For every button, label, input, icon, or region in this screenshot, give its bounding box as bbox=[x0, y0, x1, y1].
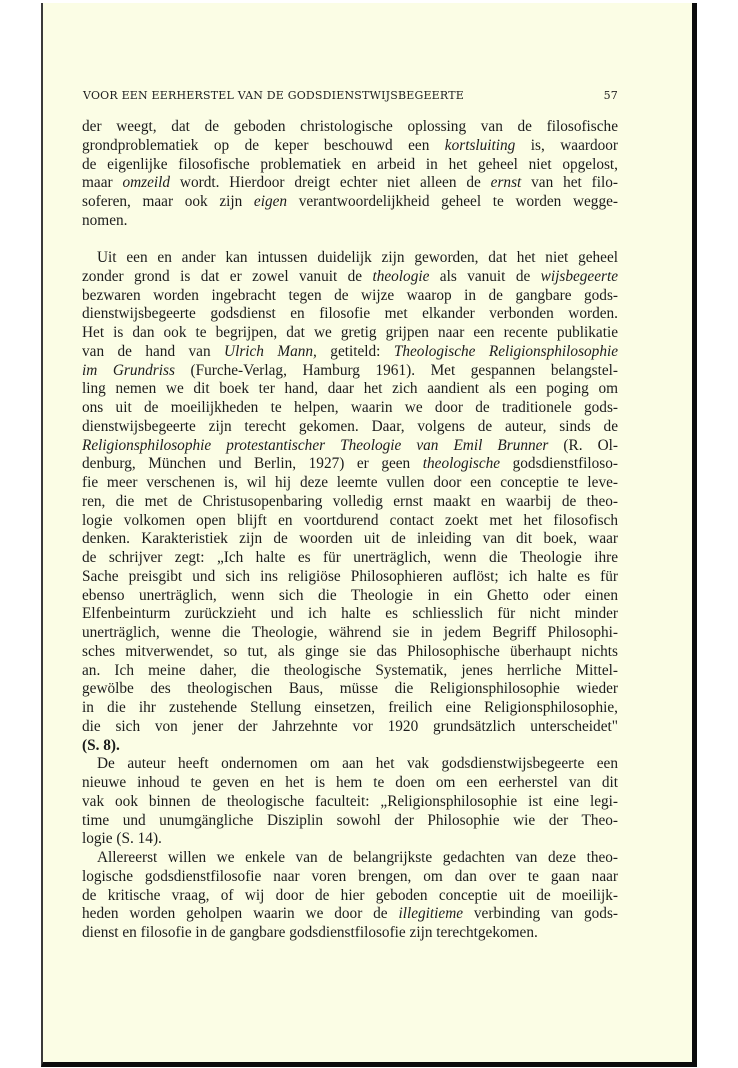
text-span: der weegt, dat de geboden christologisch… bbox=[82, 118, 618, 135]
text-span: bezwaren worden ingebracht tegen de wijz… bbox=[82, 287, 618, 304]
body-text: der weegt, dat de geboden christologisch… bbox=[82, 118, 618, 943]
text-span: getiteld: bbox=[317, 343, 394, 360]
page-number: 57 bbox=[604, 89, 618, 102]
text-line: logische godsdienstfilosofie naar voren … bbox=[82, 868, 618, 887]
bold-span: (S. 8). bbox=[82, 737, 120, 754]
text-line: denburg, München und Berlin, 1927) er ge… bbox=[82, 455, 618, 474]
text-span: nieuwe inhoud te geven en het is hem te … bbox=[82, 774, 618, 791]
text-span: ling nemen we dit boek ter hand, daar he… bbox=[82, 380, 618, 397]
text-line: de kritische vraag, of wij door de hier … bbox=[82, 887, 618, 906]
text-span: fie meer verschenen is, wil hij deze lee… bbox=[82, 474, 618, 491]
text-line: soferen, maar ook zijn eigen verantwoord… bbox=[82, 193, 618, 212]
text-line: an. Ich meine daher, die theologische Sy… bbox=[82, 662, 618, 681]
paragraph-gap bbox=[82, 231, 618, 250]
italic-span: omzeild bbox=[122, 174, 170, 191]
text-line: Sache preisgibt und sich ins religiöse P… bbox=[82, 568, 618, 587]
text-span: grondproblematiek op de keper beschouwd … bbox=[82, 137, 445, 154]
text-span: nomen. bbox=[82, 212, 127, 229]
text-line: zonder grond is dat er zowel vanuit de t… bbox=[82, 268, 618, 287]
text-span: dienst en filosofie in de gangbare godsd… bbox=[82, 924, 538, 941]
text-span: zonder grond is dat er zowel vanuit de bbox=[82, 268, 372, 285]
text-span: ren, die met de Christusopenbaring volle… bbox=[82, 493, 618, 510]
text-line: grondproblematiek op de keper beschouwd … bbox=[82, 137, 618, 156]
text-span: in die ihr zustehende Stellung einsetzen… bbox=[82, 699, 618, 716]
italic-span: theologische bbox=[423, 455, 500, 472]
running-header: VOOR EEN EERHERSTEL VAN DE GODSDIENSTWIJ… bbox=[83, 89, 618, 102]
italic-span: Theologische Religionsphilosophie bbox=[394, 343, 618, 360]
text-line: nieuwe inhoud te geven en het is hem te … bbox=[82, 774, 618, 793]
text-span: Allereerst willen we enkele van de belan… bbox=[97, 849, 618, 866]
text-span: Uit een en ander kan intussen duidelijk … bbox=[97, 249, 618, 266]
text-span: unerträglich, wenne die Theologie, währe… bbox=[82, 624, 618, 641]
text-line: time und unumgängliche Disziplin sowohl … bbox=[82, 812, 618, 831]
text-span: denburg, München und Berlin, 1927) er ge… bbox=[82, 455, 423, 472]
text-span: dienstwijsbegeerte zijn terecht gekomen.… bbox=[82, 418, 618, 435]
text-span: an. Ich meine daher, die theologische Sy… bbox=[82, 662, 618, 679]
text-span: (Furche-Verlag, Hamburg 1961). Met gespa… bbox=[175, 362, 618, 379]
text-line: (S. 8). bbox=[82, 737, 618, 756]
text-span: soferen, maar ook zijn bbox=[82, 193, 254, 210]
text-span: logie volkomen open blijft en voortduren… bbox=[82, 512, 618, 529]
text-span: is, waardoor bbox=[515, 137, 618, 154]
running-title: VOOR EEN EERHERSTEL VAN DE GODSDIENSTWIJ… bbox=[83, 89, 464, 102]
text-line: fie meer verschenen is, wil hij deze lee… bbox=[82, 474, 618, 493]
text-span: denken. Karakteristiek zijn de woorden u… bbox=[82, 530, 618, 547]
text-span: sches mitverwendet, so tut, als ginge si… bbox=[82, 643, 618, 660]
italic-span: kortsluiting bbox=[445, 137, 516, 154]
text-span: verbinding van gods- bbox=[463, 905, 618, 922]
text-span: logie (S. 14). bbox=[82, 830, 162, 847]
text-line: logie (S. 14). bbox=[82, 830, 618, 849]
book-page: VOOR EEN EERHERSTEL VAN DE GODSDIENSTWIJ… bbox=[41, 3, 697, 1067]
text-span: de kritische vraag, of wij door de hier … bbox=[82, 887, 618, 904]
text-line: dienstwijsbegeerte zijn terecht gekomen.… bbox=[82, 418, 618, 437]
text-line: im Grundriss (Furche-Verlag, Hamburg 196… bbox=[82, 362, 618, 381]
italic-span: Ulrich Mann, bbox=[224, 343, 317, 360]
paragraph: De auteur heeft ondernomen om aan het va… bbox=[82, 755, 618, 849]
text-line: heden worden geholpen waarin we door de … bbox=[82, 905, 618, 924]
text-line: Het is dan ook te begrijpen, dat we gret… bbox=[82, 324, 618, 343]
text-line: logie volkomen open blijft en voortduren… bbox=[82, 512, 618, 531]
text-span: maar bbox=[82, 174, 122, 191]
text-span: de schrijver zegt: „Ich halte es für une… bbox=[82, 549, 618, 566]
text-line: dienstwijsbegeerte godsdienst en filosof… bbox=[82, 305, 618, 324]
italic-span: ernst bbox=[491, 174, 522, 191]
text-span: time und unumgängliche Disziplin sowohl … bbox=[82, 812, 618, 829]
text-line: in die ihr zustehende Stellung einsetzen… bbox=[82, 699, 618, 718]
italic-span: im Grundriss bbox=[82, 362, 175, 379]
text-line: ren, die met de Christusopenbaring volle… bbox=[82, 493, 618, 512]
text-span: ons uit de moeilijkheden te helpen, waar… bbox=[82, 399, 618, 416]
text-line: vak ook binnen de theologische faculteit… bbox=[82, 793, 618, 812]
text-line: dienst en filosofie in de gangbare godsd… bbox=[82, 924, 618, 943]
text-span: gewölbe des theologischen Baus, müsse di… bbox=[82, 680, 618, 697]
text-line: nomen. bbox=[82, 212, 618, 231]
italic-span: illegitieme bbox=[398, 905, 463, 922]
text-line: bezwaren worden ingebracht tegen de wijz… bbox=[82, 287, 618, 306]
text-span: ebenso unerträglich, wenn sich die Theol… bbox=[82, 587, 618, 604]
text-span: Sache preisgibt und sich ins religiöse P… bbox=[82, 568, 618, 585]
text-span: vak ook binnen de theologische faculteit… bbox=[82, 793, 618, 810]
paragraph: Allereerst willen we enkele van de belan… bbox=[82, 849, 618, 943]
text-line: ling nemen we dit boek ter hand, daar he… bbox=[82, 380, 618, 399]
text-line: sches mitverwendet, so tut, als ginge si… bbox=[82, 643, 618, 662]
text-span: logische godsdienstfilosofie naar voren … bbox=[82, 868, 618, 885]
text-line: denken. Karakteristiek zijn de woorden u… bbox=[82, 530, 618, 549]
text-line: ebenso unerträglich, wenn sich die Theol… bbox=[82, 587, 618, 606]
text-line: de schrijver zegt: „Ich halte es für une… bbox=[82, 549, 618, 568]
text-span: dienstwijsbegeerte godsdienst en filosof… bbox=[82, 305, 618, 322]
text-line: de eigenlijke filosofische problematiek … bbox=[82, 156, 618, 175]
paragraph: der weegt, dat de geboden christologisch… bbox=[82, 118, 618, 231]
paragraph: Uit een en ander kan intussen duidelijk … bbox=[82, 249, 618, 755]
text-span: De auteur heeft ondernomen om aan het va… bbox=[97, 755, 618, 772]
text-span: Elfenbeinturm zurückzieht und ich halte … bbox=[82, 605, 618, 622]
text-line: gewölbe des theologischen Baus, müsse di… bbox=[82, 680, 618, 699]
italic-span: theologie bbox=[372, 268, 429, 285]
text-line: ons uit de moeilijkheden te helpen, waar… bbox=[82, 399, 618, 418]
text-span: wordt. Hierdoor dreigt echter niet allee… bbox=[170, 174, 491, 191]
text-line: van de hand van Ulrich Mann, getiteld: T… bbox=[82, 343, 618, 362]
text-line: der weegt, dat de geboden christologisch… bbox=[82, 118, 618, 137]
text-line: die sich von jener der Jahrzehnte vor 19… bbox=[82, 718, 618, 737]
text-span: die sich von jener der Jahrzehnte vor 19… bbox=[82, 718, 618, 735]
text-line: Uit een en ander kan intussen duidelijk … bbox=[82, 249, 618, 268]
italic-span: eigen bbox=[254, 193, 287, 210]
text-span: Het is dan ook te begrijpen, dat we gret… bbox=[82, 324, 618, 341]
text-span: als vanuit de bbox=[429, 268, 540, 285]
text-span: van de hand van bbox=[82, 343, 224, 360]
text-line: Religionsphilosophie protestantischer Th… bbox=[82, 437, 618, 456]
text-span: (R. Ol- bbox=[548, 437, 618, 454]
text-span: van het filo- bbox=[521, 174, 618, 191]
text-span: godsdienstfiloso- bbox=[500, 455, 618, 472]
text-span: verantwoordelijkheid geheel te worden we… bbox=[287, 193, 618, 210]
text-span: heden worden geholpen waarin we door de bbox=[82, 905, 398, 922]
text-line: unerträglich, wenne die Theologie, währe… bbox=[82, 624, 618, 643]
text-span: de eigenlijke filosofische problematiek … bbox=[82, 156, 618, 173]
text-line: Allereerst willen we enkele van de belan… bbox=[82, 849, 618, 868]
text-line: maar omzeild wordt. Hierdoor dreigt echt… bbox=[82, 174, 618, 193]
italic-span: Religionsphilosophie protestantischer Th… bbox=[82, 437, 548, 454]
text-line: De auteur heeft ondernomen om aan het va… bbox=[82, 755, 618, 774]
italic-span: wijsbegeerte bbox=[541, 268, 618, 285]
text-line: Elfenbeinturm zurückzieht und ich halte … bbox=[82, 605, 618, 624]
